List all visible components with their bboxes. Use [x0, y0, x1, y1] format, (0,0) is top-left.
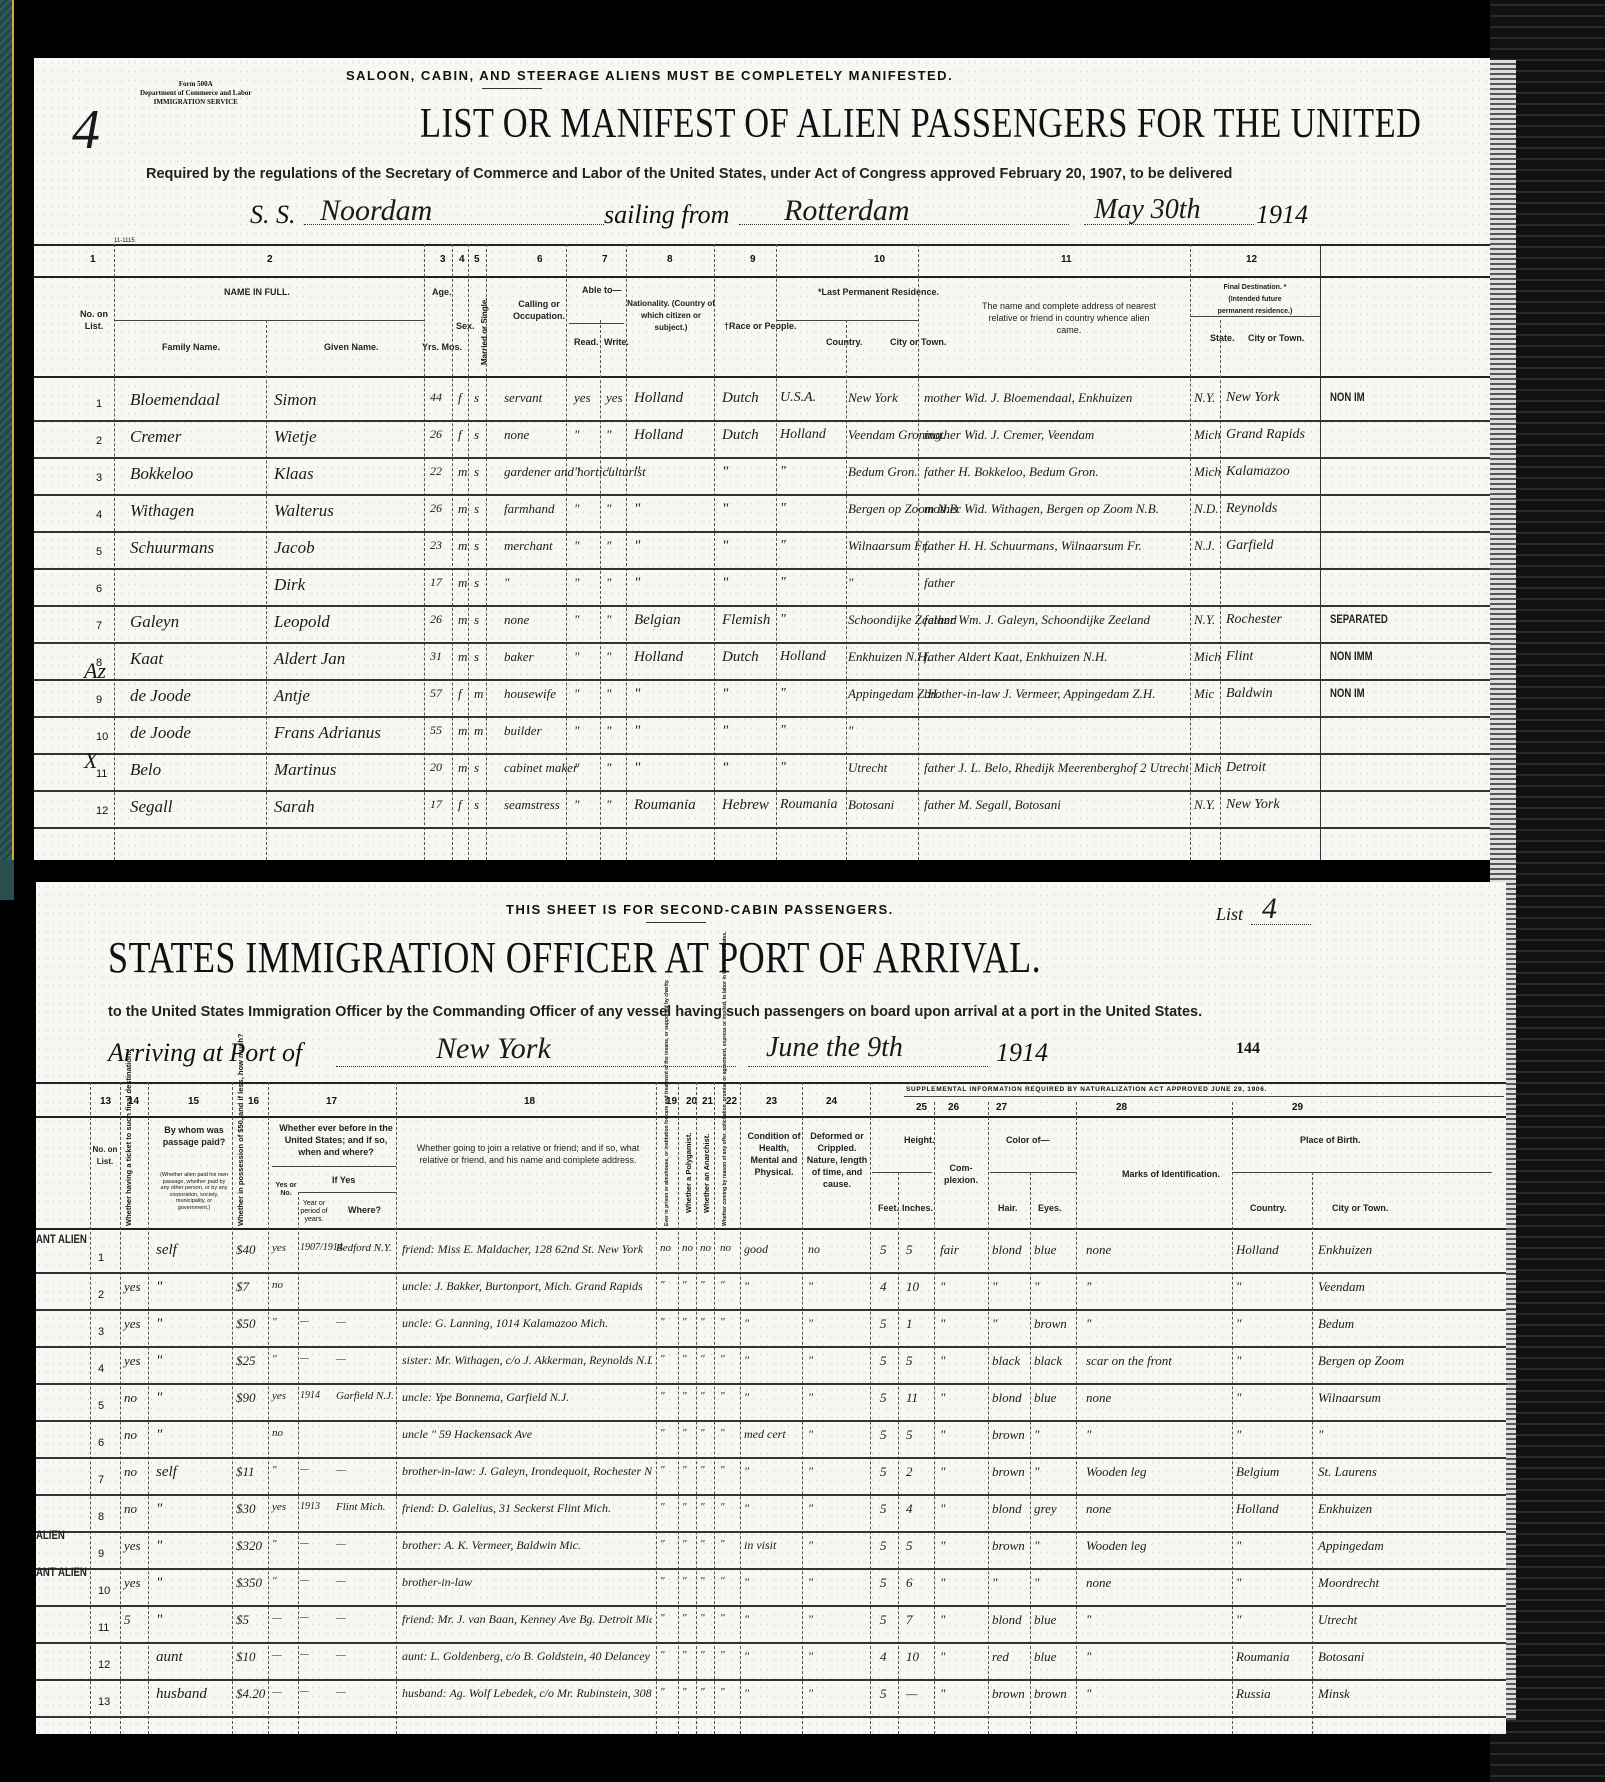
deformed: " [808, 1353, 813, 1368]
health-condition: " [744, 1316, 749, 1331]
ever-before: — [272, 1649, 282, 1661]
year-period: — [300, 1686, 309, 1697]
table-row: 11BeloMartinus20mscabinet maker"""""Utre… [34, 754, 1490, 791]
residence-country: " [780, 501, 786, 517]
deformed: " [808, 1686, 813, 1701]
header-where: Where? [348, 1204, 381, 1216]
prison: " [660, 1538, 665, 1550]
anarchist: " [700, 1390, 705, 1402]
header-anarchist: Whether an Anarchist. [702, 1120, 711, 1226]
race: " [722, 723, 728, 740]
ever-before: " [272, 1316, 277, 1328]
birth-city: Bergen op Zoom [1318, 1353, 1404, 1369]
prison: " [660, 1464, 665, 1476]
contract-labor: " [720, 1427, 725, 1439]
given-name: Wietje [274, 427, 316, 447]
header-yes-no: Yes or No. [274, 1182, 298, 1198]
arrival-date: June the 9th [766, 1032, 903, 1064]
residence-country: " [780, 686, 786, 702]
height-inches: 7 [906, 1612, 913, 1628]
ticket: yes [124, 1353, 141, 1369]
where-before: — [336, 1316, 346, 1328]
height-feet: 4 [880, 1649, 887, 1665]
occupation: none [504, 612, 529, 628]
anarchist: " [700, 1316, 705, 1328]
given-name: Simon [274, 390, 317, 410]
identification-marks: scar on the front [1086, 1353, 1172, 1369]
birth-country: " [1236, 1279, 1241, 1295]
marital-status: s [474, 760, 479, 776]
health-condition: " [744, 1686, 749, 1701]
nearest-relative: father H. Bokkeloo, Bedum Gron. [924, 464, 1099, 480]
sex: m [458, 501, 467, 517]
age: 17 [430, 797, 442, 812]
table-row: 115"$5———friend: Mr. J. van Baan, Kenney… [36, 1606, 1506, 1643]
hair-color: red [992, 1649, 1009, 1665]
given-name: Aldert Jan [274, 649, 345, 669]
marital-status: s [474, 464, 479, 480]
row-number: 6 [96, 583, 102, 595]
race: " [722, 686, 728, 703]
sheet-number-mark: 4 [72, 98, 100, 162]
dest-city: New York [1226, 390, 1280, 406]
row-number: 4 [96, 509, 102, 521]
given-name: Klaas [274, 464, 314, 484]
header-family-name: Family Name. [162, 341, 220, 353]
birth-city: St. Laurens [1318, 1464, 1377, 1480]
eye-color: brown [1034, 1316, 1067, 1332]
occupation: housewife [504, 686, 556, 702]
header-inches: Inches. [902, 1202, 933, 1214]
given-name: Martinus [274, 760, 336, 780]
table-row: 8no"$30yes1913Flint Mich.friend: D. Gale… [36, 1495, 1506, 1532]
age: 26 [430, 612, 442, 627]
identification-marks: " [1086, 1427, 1091, 1443]
family-name: de Joode [130, 686, 191, 706]
birth-country: " [1236, 1353, 1241, 1369]
age: 55 [430, 723, 442, 738]
deformed: " [808, 1427, 813, 1442]
money-possessed: $40 [236, 1242, 256, 1258]
birth-country: " [1236, 1316, 1241, 1332]
dest-city: Reynolds [1226, 501, 1277, 517]
passage-paid-by: " [156, 1353, 162, 1370]
residence-city: New York [848, 390, 898, 406]
identification-marks: none [1086, 1242, 1111, 1258]
family-name: Cremer [130, 427, 181, 447]
height-feet: 5 [880, 1501, 887, 1517]
ever-before: — [272, 1686, 282, 1698]
joining-relative: brother-in-law [402, 1575, 472, 1590]
deformed: " [808, 1279, 813, 1294]
identification-marks: " [1086, 1316, 1091, 1332]
header-eyes: Eyes. [1038, 1202, 1062, 1214]
joining-relative: sister: Mr. Withagen, c/o J. Akkerman, R… [402, 1353, 652, 1368]
health-condition: med cert [744, 1427, 786, 1442]
eye-color: grey [1034, 1501, 1057, 1517]
table-row: 5SchuurmansJacob23msmerchant"""""Wilnaar… [34, 532, 1490, 569]
hair-color: blond [992, 1242, 1022, 1258]
ever-before: yes [272, 1390, 286, 1402]
ever-before: " [272, 1538, 277, 1550]
joining-relative: brother-in-law: J. Galeyn, Irondequoit, … [402, 1464, 652, 1479]
money-possessed: $11 [236, 1464, 255, 1480]
birth-city: Moordrecht [1318, 1575, 1379, 1591]
dest-city: Flint [1226, 649, 1253, 665]
occupation: servant [504, 390, 542, 406]
nationality: Belgian [634, 612, 681, 629]
deformed: " [808, 1649, 813, 1664]
year-period: 1913 [300, 1501, 320, 1512]
residence-country: " [780, 575, 786, 591]
height-inches: 4 [906, 1501, 913, 1517]
header-name-in-full: NAME IN FULL. [224, 286, 290, 298]
identification-marks: " [1086, 1649, 1091, 1665]
col-num: 2 [267, 254, 273, 265]
year-period: — [300, 1316, 309, 1327]
header-deformed: Deformed or Crippled. Nature, length of … [804, 1130, 870, 1190]
money-possessed: $50 [236, 1316, 256, 1332]
read: " [574, 464, 579, 480]
age: 26 [430, 501, 442, 516]
sex: f [458, 427, 462, 443]
prison: " [660, 1686, 665, 1698]
deformed: " [808, 1464, 813, 1479]
scan-binding-edge [1490, 0, 1605, 1782]
race: Dutch [722, 427, 759, 444]
row-number: 8 [98, 1511, 104, 1523]
birth-city: Wilnaarsum [1318, 1390, 1381, 1406]
sex: f [458, 797, 462, 813]
money-possessed: $4.20 [236, 1686, 265, 1702]
height-feet: 5 [880, 1575, 887, 1591]
age: 31 [430, 649, 442, 664]
marital-status: s [474, 538, 479, 554]
height-inches: 1 [906, 1316, 913, 1332]
birth-country: Holland [1236, 1501, 1279, 1517]
header-passage-paid: By whom was passage paid? [160, 1124, 228, 1148]
birth-city: Minsk [1318, 1686, 1350, 1702]
polygamist: " [682, 1538, 687, 1550]
birth-city: Enkhuizen [1318, 1501, 1372, 1517]
col-num: 9 [750, 254, 756, 265]
departure-year: 1914 [1256, 200, 1308, 230]
col-num: 12 [1246, 254, 1257, 265]
passage-paid-by: self [156, 1242, 177, 1259]
dest-state: Mich [1194, 760, 1221, 776]
dest-state: N.Y. [1194, 390, 1215, 406]
viewer-edge-strip-lower [0, 860, 14, 900]
header-country: Country. [826, 336, 862, 348]
nearest-relative: father J. L. Belo, Rhedijk Meerenberghof… [924, 760, 1188, 776]
ship-name: Noordam [320, 194, 432, 228]
nationality: " [634, 760, 640, 777]
nationality: " [634, 723, 640, 740]
write: " [606, 501, 611, 517]
dest-state: N.Y. [1194, 797, 1215, 813]
money-possessed: $7 [236, 1279, 249, 1295]
ticket: yes [124, 1279, 141, 1295]
dest-state: N.D. [1194, 501, 1219, 517]
birth-country: Roumania [1236, 1649, 1289, 1665]
list-label: List [1216, 904, 1243, 925]
birth-country: Holland [1236, 1242, 1279, 1258]
deformed: " [808, 1316, 813, 1331]
given-name: Jacob [274, 538, 315, 558]
ticket: no [124, 1464, 137, 1480]
year-period: — [300, 1612, 309, 1623]
where-before: — [336, 1686, 346, 1698]
birth-country: " [1236, 1575, 1241, 1591]
table-row: 3yes"$50"——uncle: G. Lanning, 1014 Kalam… [36, 1310, 1506, 1347]
identification-marks: " [1086, 1279, 1091, 1295]
prison: " [660, 1353, 665, 1365]
sex: m [458, 575, 467, 591]
ticket: no [124, 1427, 137, 1443]
arrival-title: STATES IMMIGRATION OFFICER AT PORT OF AR… [108, 932, 1041, 983]
header-color-of: Color of— [1006, 1134, 1050, 1146]
eye-color: " [1034, 1464, 1039, 1480]
table-row: 12aunt$10———aunt: L. Goldenberg, c/o B. … [36, 1643, 1506, 1680]
read: yes [574, 390, 591, 406]
age: 22 [430, 464, 442, 479]
row-number: 9 [96, 694, 102, 706]
header-condition: Condition of Health, Mental and Physical… [744, 1130, 804, 1178]
marital-status: s [474, 427, 479, 443]
health-condition: good [744, 1242, 768, 1257]
residence-country: " [780, 760, 786, 776]
marital-status: s [474, 390, 479, 406]
birth-city: Appingedam [1318, 1538, 1384, 1554]
nearest-relative: father Wm. J. Galeyn, Schoondijke Zeelan… [924, 612, 1150, 628]
row-number: 2 [98, 1289, 104, 1301]
height-feet: 5 [880, 1538, 887, 1554]
prison: no [660, 1242, 671, 1254]
height-inches: 11 [906, 1390, 918, 1406]
margin-mark-row9: Az [84, 658, 106, 684]
deformed: " [808, 1390, 813, 1405]
health-condition: " [744, 1353, 749, 1368]
read: " [574, 538, 579, 554]
height-feet: 5 [880, 1390, 887, 1406]
given-name: Walterus [274, 501, 334, 521]
residence-city: Utrecht [848, 760, 887, 776]
col-num: 15 [188, 1096, 199, 1107]
complexion: " [940, 1316, 945, 1332]
table-row: 5no"$90yes1914Garfield N.J.uncle: Ype Bo… [36, 1384, 1506, 1421]
complexion: " [940, 1538, 945, 1554]
hair-color: blond [992, 1612, 1022, 1628]
status-stamp: NON IM [1330, 390, 1365, 404]
write: " [606, 427, 611, 443]
ever-before: " [272, 1575, 277, 1587]
status-stamp: ANT ALIEN [36, 1565, 87, 1579]
dest-city: Kalamazoo [1226, 464, 1290, 480]
page-number: 144 [1236, 1040, 1260, 1058]
height-inches: 5 [906, 1427, 913, 1443]
ticket: yes [124, 1575, 141, 1591]
col-num: 28 [1116, 1102, 1127, 1113]
passage-paid-by: husband [156, 1686, 207, 1703]
header-relative: The name and complete address of nearest… [979, 300, 1159, 336]
ever-before: — [272, 1612, 282, 1624]
eye-color: " [1034, 1279, 1039, 1295]
header-nationality: Nationality. (Country of which citizen o… [626, 298, 716, 334]
table-row: 2CremerWietje26fsnone""HollandDutchHolla… [34, 421, 1490, 458]
occupation: builder [504, 723, 542, 739]
anarchist: " [700, 1686, 705, 1698]
row-number: 1 [96, 398, 102, 410]
residence-city: Wilnaarsum Fr. [848, 538, 929, 554]
row-number: 11 [98, 1622, 109, 1634]
anarchist: " [700, 1501, 705, 1513]
age: 20 [430, 760, 442, 775]
nearest-relative: mother Wid. J. Bloemendaal, Enkhuizen [924, 390, 1132, 406]
where-before: — [336, 1612, 346, 1624]
birth-country: " [1236, 1612, 1241, 1628]
eye-color: " [1034, 1575, 1039, 1591]
prison: " [660, 1279, 665, 1291]
dest-city: Baldwin [1226, 686, 1273, 702]
polygamist: " [682, 1686, 687, 1698]
joining-relative: aunt: L. Goldenberg, c/o B. Goldstein, 4… [402, 1649, 652, 1664]
contract-labor: " [720, 1538, 725, 1550]
read: " [574, 427, 579, 443]
complexion: " [940, 1353, 945, 1369]
header-hair: Hair. [998, 1202, 1018, 1214]
row-number: 6 [98, 1437, 104, 1449]
hair-color: blond [992, 1390, 1022, 1406]
hair-color: black [992, 1353, 1020, 1369]
health-condition: " [744, 1649, 749, 1664]
joining-relative: uncle: Ype Bonnema, Garfield N.J. [402, 1390, 569, 1405]
anarchist: " [700, 1612, 705, 1624]
col-num: 23 [766, 1096, 777, 1107]
height-feet: 5 [880, 1316, 887, 1332]
header-married-single: Married or Single. [480, 286, 489, 376]
complexion: " [940, 1501, 945, 1517]
header-yrs-mos: Yrs. Mos. [422, 341, 462, 353]
header-contract: Whether coming by reason of any offer, s… [722, 1120, 728, 1226]
row-number: 12 [96, 805, 108, 817]
money-possessed: $10 [236, 1649, 256, 1665]
family-name: Belo [130, 760, 161, 780]
year-period: — [300, 1353, 309, 1364]
dest-state: Mich [1194, 464, 1221, 480]
residence-city: Enkhuizen N.H. [848, 649, 930, 665]
where-before: — [336, 1575, 346, 1587]
col-num: 5 [474, 254, 480, 265]
status-stamp: ANT ALIEN [36, 1232, 87, 1246]
ever-before: yes [272, 1501, 286, 1513]
nationality: " [634, 464, 640, 481]
identification-marks: none [1086, 1575, 1111, 1591]
race: " [722, 501, 728, 518]
col-num: 27 [996, 1102, 1007, 1113]
birth-city: Botosani [1318, 1649, 1364, 1665]
col-num: 4 [459, 254, 465, 265]
joining-relative: friend: Miss E. Maldacher, 128 62nd St. … [402, 1242, 643, 1257]
height-inches: 2 [906, 1464, 913, 1480]
health-condition: " [744, 1501, 749, 1516]
col-num: 8 [667, 254, 673, 265]
occupation: seamstress [504, 797, 560, 813]
contract-labor: " [720, 1649, 725, 1661]
height-inches: 5 [906, 1353, 913, 1369]
anarchist: " [700, 1464, 705, 1476]
header-if-yes: If Yes [332, 1174, 355, 1186]
nearest-relative: brother-in-law J. Vermeer, Appingedam Z.… [924, 686, 1156, 702]
ticket: yes [124, 1316, 141, 1332]
nationality: Holland [634, 427, 683, 444]
occupation: none [504, 427, 529, 443]
read: " [574, 760, 579, 776]
birth-city: Enkhuizen [1318, 1242, 1372, 1258]
second-cabin-banner: THIS SHEET IS FOR SECOND-CABIN PASSENGER… [506, 902, 894, 917]
table-row: 2yes"$7nouncle: J. Bakker, Burtonport, M… [36, 1273, 1506, 1310]
residence-city: " [848, 723, 853, 739]
col-num: 7 [602, 254, 608, 265]
header-polygamist: Whether a Polygamist. [684, 1120, 693, 1226]
nationality: Holland [634, 649, 683, 666]
money-possessed: $25 [236, 1353, 256, 1369]
regulation-text: Required by the regulations of the Secre… [146, 166, 1232, 182]
status-stamp: NON IMM [1330, 649, 1373, 663]
prison: " [660, 1316, 665, 1328]
header-complexion: Com-plexion. [941, 1162, 981, 1186]
contract-labor: " [720, 1501, 725, 1513]
departure-date: May 30th [1094, 194, 1201, 226]
status-stamp: SEPARATED [1330, 612, 1388, 626]
deformed: " [808, 1501, 813, 1516]
arriving-label: Arriving at Port of [108, 1038, 302, 1068]
birth-country: " [1236, 1538, 1241, 1554]
write: " [606, 686, 611, 702]
row-number: 5 [98, 1400, 104, 1412]
health-condition: " [744, 1575, 749, 1590]
nearest-relative: father [924, 575, 955, 591]
passage-paid-by: " [156, 1538, 162, 1555]
table-row: 4yes"$25"——sister: Mr. Withagen, c/o J. … [36, 1347, 1506, 1384]
arrival-year: 1914 [996, 1038, 1048, 1068]
money-possessed: $90 [236, 1390, 256, 1406]
header-ticket: Whether having a ticket to such final de… [124, 1120, 133, 1226]
identification-marks: " [1086, 1686, 1091, 1702]
joining-relative: brother: A. K. Vermeer, Baldwin Mic. [402, 1538, 581, 1553]
table-row: 6no"nouncle " 59 Hackensack Ave""""med c… [36, 1421, 1506, 1458]
write: " [606, 723, 611, 739]
identification-marks: Wooden leg [1086, 1464, 1147, 1480]
family-name: Bloemendaal [130, 390, 220, 410]
where-before: — [336, 1353, 346, 1365]
header-birth-city: City or Town. [1332, 1202, 1388, 1214]
passage-paid-by: " [156, 1575, 162, 1592]
contract-labor: " [720, 1464, 725, 1476]
anarchist: " [700, 1279, 705, 1291]
table-row: 3BokkelooKlaas22msgardener and horticult… [34, 458, 1490, 495]
header-able-to: Able to— [582, 284, 622, 296]
age: 44 [430, 390, 442, 405]
where-before: — [336, 1464, 346, 1476]
birth-country: Russia [1236, 1686, 1271, 1702]
table-row: 7noself$11"——brother-in-law: J. Galeyn, … [36, 1458, 1506, 1495]
nearest-relative: mother Wid. Withagen, Bergen op Zoom N.B… [924, 501, 1159, 517]
ever-before: no [272, 1279, 283, 1291]
header-read: Read. [574, 336, 599, 348]
deformed: no [808, 1242, 820, 1257]
nationality: " [634, 538, 640, 555]
table-row: ANT ALIEN10yes"$350"——brother-in-law""""… [36, 1569, 1506, 1606]
